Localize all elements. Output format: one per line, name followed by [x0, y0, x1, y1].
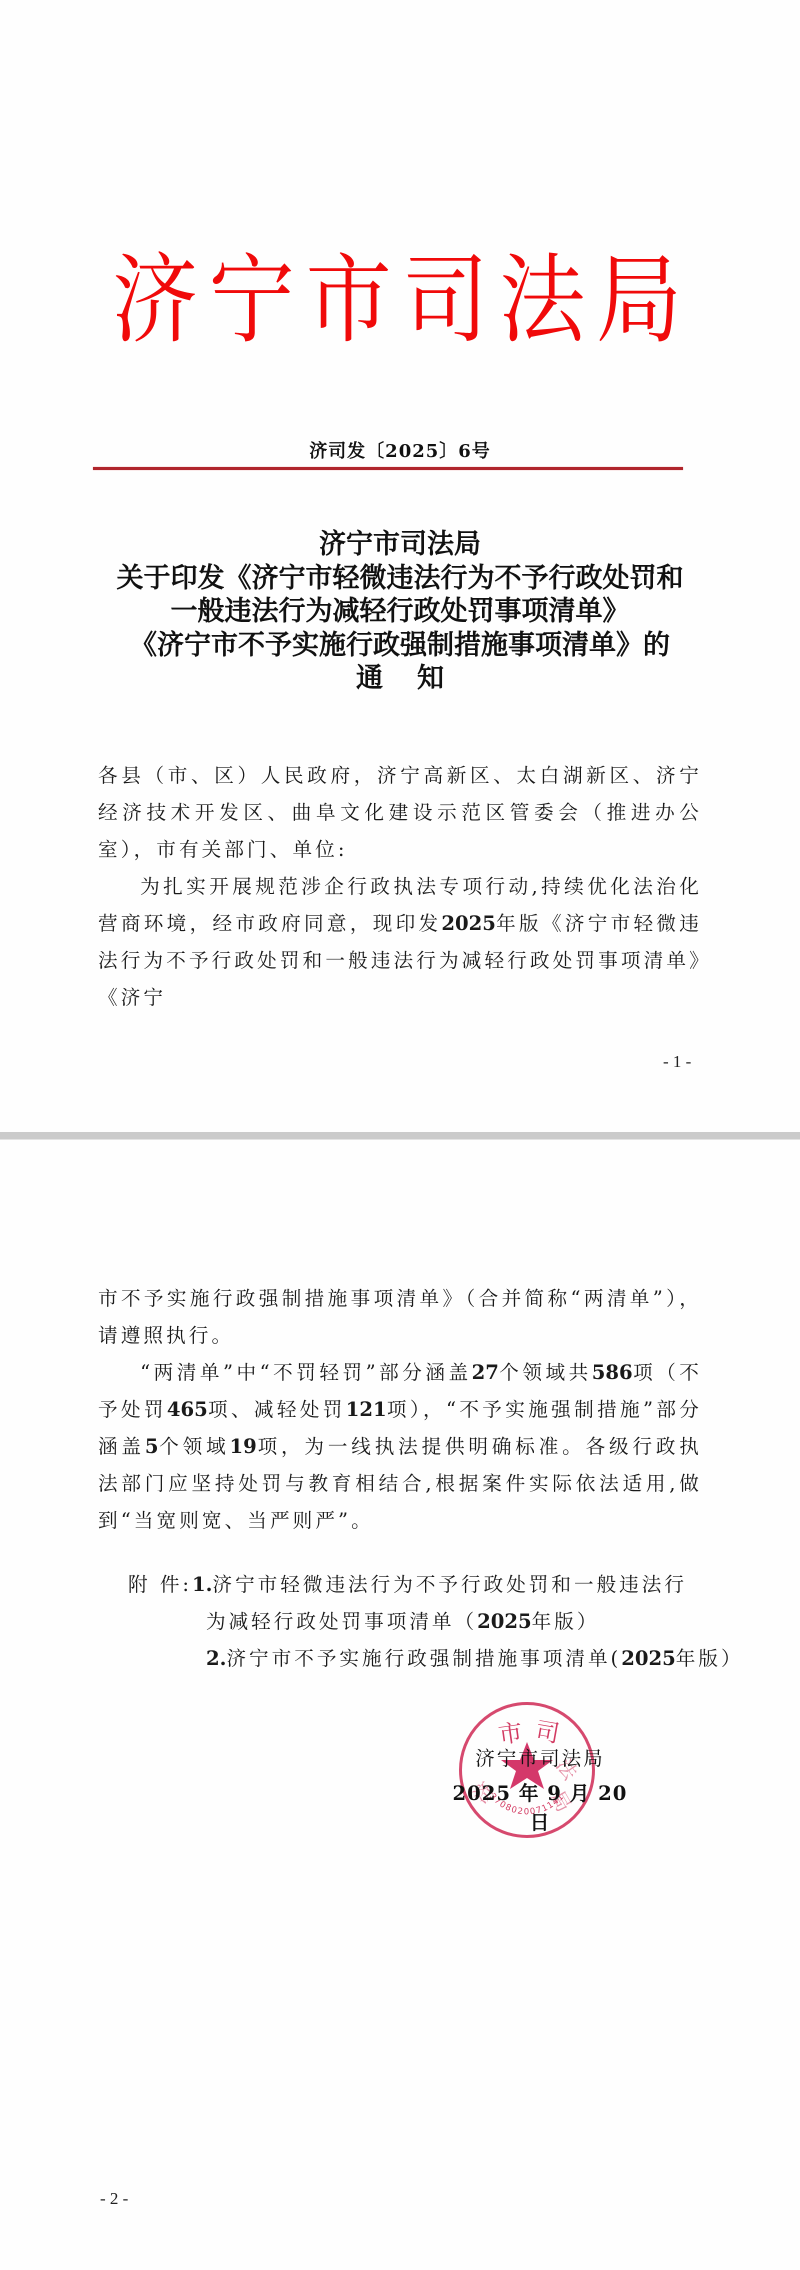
attachment-item-1: 附 件:1.济宁市轻微违法行为不予行政处罚和一般违法行 — [98, 1566, 718, 1603]
body-paragraph: 为扎实开展规范涉企行政执法专项行动,持续优化法治化营商环境，经市政府同意，现印发… — [98, 868, 702, 1016]
count-value: 465 — [167, 1398, 208, 1421]
title-line-notice: 通知 — [60, 662, 774, 696]
paragraph-text: “两清单”中“不罚轻罚”部分涵盖 — [140, 1361, 471, 1384]
title-line: 一般违法行为减轻行政处罚事项清单》 — [60, 595, 740, 629]
notice-title: 济宁市司法局 关于印发《济宁市轻微违法行为不予行政处罚和 一般违法行为减轻行政处… — [60, 528, 740, 696]
count-value: 5 — [145, 1435, 159, 1458]
page-number: - 2 - — [100, 2189, 128, 2209]
attachment-title: 济宁市轻微违法行为不予行政处罚和一般违法行 — [213, 1573, 687, 1596]
notice-body: 各县（市、区）人民政府，济宁高新区、太白湖新区、济宁经济技术开发区、曲阜文化建设… — [98, 757, 702, 1016]
masthead-char: 司 — [402, 239, 488, 362]
masthead-title: 济 宁 市 司 法 局 — [112, 239, 682, 362]
title-line: 关于印发《济宁市轻微违法行为不予行政处罚和 — [60, 562, 740, 596]
attachment-item-1-cont: 为减轻行政处罚事项清单（2025年版） — [98, 1603, 718, 1640]
count-value: 121 — [346, 1398, 387, 1421]
title-line-issuer: 济宁市司法局 — [60, 528, 740, 562]
year-value: 2025 — [477, 1610, 532, 1633]
attachment-title: 济宁市不予实施行政强制措施事项清单( — [226, 1647, 621, 1670]
page-separator — [0, 1132, 800, 1139]
attachment-number: 1. — [192, 1573, 212, 1596]
title-line: 《济宁市不予实施行政强制措施事项清单》的 — [60, 629, 740, 663]
year-value: 2025 — [621, 1647, 676, 1670]
paragraph-text: 个领域共 — [499, 1361, 592, 1384]
masthead-char: 法 — [499, 239, 585, 362]
body-paragraph: “两清单”中“不罚轻罚”部分涵盖27个领域共586项（不予处罚465项、减轻处罚… — [98, 1354, 702, 1539]
attachment-title: 年版） — [676, 1647, 744, 1670]
year-value: 2025 — [441, 912, 496, 935]
red-divider-rule — [93, 467, 683, 470]
count-value: 586 — [592, 1361, 633, 1384]
document-page-1: 济 宁 市 司 法 局 济司发〔2025〕6号 济宁市司法局 关于印发《济宁市轻… — [0, 0, 800, 1132]
attachments-label: 附 件: — [128, 1573, 192, 1596]
attachment-title: 年版） — [532, 1610, 600, 1633]
paragraph-text: 项、减轻处罚 — [208, 1398, 346, 1421]
masthead-char: 市 — [306, 239, 392, 362]
attachment-number: 2. — [206, 1647, 226, 1670]
attachments-list: 附 件:1.济宁市轻微违法行为不予行政处罚和一般违法行 为减轻行政处罚事项清单（… — [98, 1566, 718, 1677]
signature-date: 2025 年 9 月 20 日 — [440, 1777, 640, 1835]
notice-body-continued: 市不予实施行政强制措施事项清单》（合并简称“两清单”），请遵照执行。 “两清单”… — [98, 1280, 702, 1539]
page-number: - 1 - — [663, 1052, 691, 1072]
masthead-char: 局 — [596, 239, 682, 362]
document-number: 济司发〔2025〕6号 — [0, 437, 800, 463]
count-value: 27 — [472, 1361, 499, 1384]
addressee: 各县（市、区）人民政府，济宁高新区、太白湖新区、济宁经济技术开发区、曲阜文化建设… — [98, 757, 702, 868]
attachment-item-2: 2.济宁市不予实施行政强制措施事项清单(2025年版） — [98, 1640, 718, 1677]
attachment-title: 为减轻行政处罚事项清单（ — [206, 1610, 477, 1633]
masthead-char: 宁 — [209, 239, 295, 362]
signature-organization: 济宁市司法局 — [440, 1742, 640, 1771]
count-value: 19 — [230, 1435, 257, 1458]
body-paragraph: 市不予实施行政强制措施事项清单》（合并简称“两清单”），请遵照执行。 — [98, 1280, 702, 1354]
paragraph-text: 个领域 — [159, 1435, 230, 1458]
masthead-char: 济 — [112, 239, 198, 362]
